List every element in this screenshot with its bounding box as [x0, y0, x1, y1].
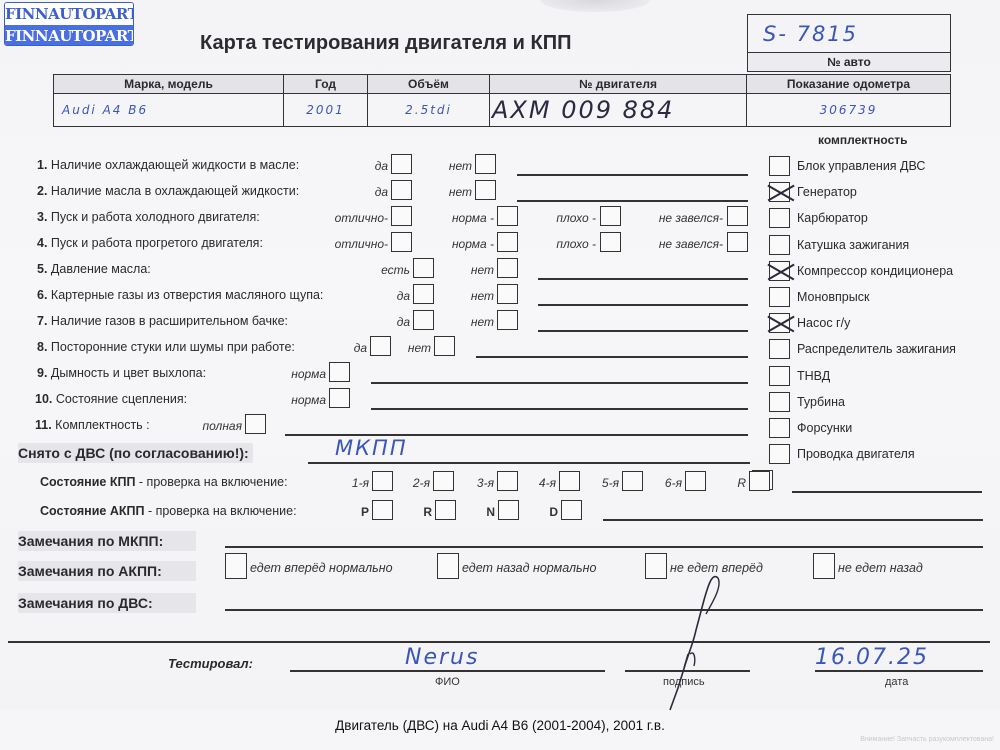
kpp-gear-label: 6-я	[665, 476, 682, 490]
question-number: 3.	[37, 210, 47, 224]
option-label: не завелся-	[659, 211, 723, 225]
kit-checkbox[interactable]	[769, 287, 790, 307]
engine-number-value: AXM 009 884	[490, 94, 747, 127]
logo: FINNAUTOPARTS FINNAUTOPARTS	[4, 2, 134, 46]
option-label: нет	[471, 315, 494, 329]
kit-item-label: Насос г/у	[797, 316, 850, 330]
question-text: Дымность и цвет выхлопа:	[51, 366, 206, 380]
signature-icon	[660, 570, 740, 720]
kit-item-label: Проводка двигателя	[797, 447, 915, 461]
question-2: 2. Наличие масла в охлаждающей жидкости:	[37, 184, 299, 198]
option-label: нет	[408, 341, 431, 355]
option-label: норма	[291, 393, 326, 407]
col-odometer: Показание одометра	[747, 75, 951, 94]
question-8: 8. Посторонние стуки или шумы при работе…	[37, 340, 295, 354]
question-text: Картерные газы из отверстия масляного щу…	[51, 288, 323, 302]
kpp-label: Состояние КПП - проверка на включение:	[40, 475, 288, 489]
removed-label: Снято с ДВС (по согласованию!):	[18, 443, 253, 463]
kpp-gear-checkbox[interactable]	[372, 471, 393, 491]
question-number: 11.	[35, 418, 52, 432]
col-volume: Объём	[368, 75, 490, 94]
question-number: 6.	[37, 288, 47, 302]
option-label: нет	[471, 289, 494, 303]
option-checkbox[interactable]	[391, 180, 412, 200]
question-text: Посторонние стуки или шумы при работе:	[51, 340, 295, 354]
kit-item-label: Турбина	[797, 395, 845, 409]
option-checkbox[interactable]	[391, 154, 412, 174]
option-label: есть	[381, 263, 410, 277]
option-checkbox[interactable]	[475, 154, 496, 174]
col-year: Год	[284, 75, 368, 94]
question-text: Пуск и работа холодного двигателя:	[51, 210, 260, 224]
remarks-akpp-label: Замечания по АКПП:	[18, 561, 196, 581]
akpp-gear-checkbox[interactable]	[498, 500, 519, 520]
option-checkbox[interactable]	[600, 206, 621, 226]
comment-line[interactable]	[476, 356, 748, 358]
remarks-dvs-label: Замечания по ДВС:	[18, 593, 196, 613]
question-7: 7. Наличие газов в расширительном бачке:	[37, 314, 288, 328]
option-checkbox[interactable]	[391, 206, 412, 226]
option-label: отлично-	[335, 211, 388, 225]
akpp-remark-checkbox[interactable]	[645, 553, 667, 579]
comment-line[interactable]	[371, 382, 748, 384]
akpp-label: Состояние АКПП - проверка на включение:	[40, 504, 297, 518]
kit-checkbox[interactable]	[769, 208, 790, 228]
question-text: Давление масла:	[51, 262, 151, 276]
kit-item-label: Компрессор кондиционера	[797, 264, 953, 278]
kit-item-label: Катушка зажигания	[797, 238, 909, 252]
option-checkbox[interactable]	[497, 206, 518, 226]
kit-item-label: Блок управления ДВС	[797, 159, 925, 173]
kpp-gear-checkbox[interactable]	[433, 471, 454, 491]
question-text: Наличие газов в расширительном бачке:	[51, 314, 288, 328]
scanned-form: FINNAUTOPARTS FINNAUTOPARTS Карта тестир…	[0, 0, 1000, 710]
option-checkbox[interactable]	[497, 310, 518, 330]
kit-item-label: Распределитель зажигания	[797, 342, 956, 356]
option-label: отлично-	[335, 237, 388, 251]
comment-line[interactable]	[538, 330, 748, 332]
col-make-model: Марка, модель	[54, 75, 284, 94]
option-label: норма	[291, 367, 326, 381]
odometer-value: 306739	[747, 94, 951, 127]
akpp-remark-checkbox[interactable]	[437, 553, 459, 579]
comment-line[interactable]	[517, 200, 748, 202]
comment-line[interactable]	[538, 278, 748, 280]
option-label: плохо -	[556, 237, 596, 251]
kit-checkbox[interactable]	[769, 339, 790, 359]
option-label: полная	[203, 419, 242, 433]
name-caption: ФИО	[435, 676, 460, 688]
comment-line[interactable]	[517, 174, 748, 176]
option-checkbox[interactable]	[600, 232, 621, 252]
vehicle-table: Марка, модель Год Объём № двигателя Пока…	[53, 74, 951, 127]
tested-label: Тестировал:	[168, 656, 253, 671]
kit-checkbox[interactable]	[769, 261, 790, 281]
question-6: 6. Картерные газы из отверстия масляного…	[37, 288, 323, 302]
remarks-mkpp-line[interactable]	[225, 546, 983, 548]
option-checkbox[interactable]	[370, 336, 391, 356]
question-text: Наличие охлаждающей жидкости в масле:	[51, 158, 299, 172]
question-9: 9. Дымность и цвет выхлопа:	[37, 366, 206, 380]
remarks-mkpp-label: Замечания по МКПП:	[18, 531, 196, 551]
question-text: Пуск и работа прогретого двигателя:	[51, 236, 263, 250]
option-checkbox[interactable]	[497, 284, 518, 304]
akpp-gear-label: D	[549, 505, 558, 519]
akpp-gear-label: R	[423, 505, 432, 519]
option-checkbox[interactable]	[497, 232, 518, 252]
akpp-gear-checkbox[interactable]	[372, 500, 393, 520]
option-label: плохо -	[556, 211, 596, 225]
kit-checkbox[interactable]	[769, 366, 790, 386]
option-label: да	[397, 315, 410, 329]
auto-number-label: № авто	[748, 53, 950, 71]
name-line	[290, 670, 605, 672]
akpp-gear-label: P	[361, 505, 369, 519]
option-label: не завелся-	[659, 237, 723, 251]
kpp-gear-checkbox[interactable]	[622, 471, 643, 491]
kit-item-label: Моновпрыск	[797, 290, 869, 304]
akpp-remark-checkbox[interactable]	[225, 553, 247, 579]
kit-checkbox[interactable]	[769, 313, 790, 333]
akpp-gear-checkbox[interactable]	[435, 500, 456, 520]
option-checkbox[interactable]	[727, 232, 748, 252]
option-label: да	[354, 341, 367, 355]
option-checkbox[interactable]	[497, 258, 518, 278]
option-label: да	[375, 185, 388, 199]
option-label: нет	[471, 263, 494, 277]
option-checkbox[interactable]	[329, 388, 350, 408]
kit-checkbox[interactable]	[769, 392, 790, 412]
question-number: 7.	[37, 314, 47, 328]
question-11: 11. Комплектность :	[35, 418, 150, 432]
akpp-remark-checkbox[interactable]	[813, 553, 835, 579]
comment-line[interactable]	[285, 434, 748, 436]
kpp-gear-label: 1-я	[352, 476, 369, 490]
option-checkbox[interactable]	[245, 414, 266, 434]
image-caption: Двигатель (ДВС) на Audi A4 B6 (2001-2004…	[0, 718, 1000, 733]
akpp-remark-label: едет вперёд нормально	[250, 561, 393, 575]
kit-checkbox[interactable]	[769, 182, 790, 202]
kit-checkbox[interactable]	[769, 235, 790, 255]
question-1: 1. Наличие охлаждающей жидкости в масле:	[37, 158, 299, 172]
kpp-gear-checkbox[interactable]	[497, 471, 518, 491]
kit-checkbox[interactable]	[769, 418, 790, 438]
kit-item-label: ТНВД	[797, 369, 830, 383]
option-checkbox[interactable]	[329, 362, 350, 382]
auto-number-box: S- 7815 № авто	[747, 14, 951, 72]
question-5: 5. Давление масла:	[37, 262, 151, 276]
removed-value[interactable]: МКПП	[335, 436, 408, 460]
kpp-gear-label: R	[737, 476, 746, 490]
logo-line-2: FINNAUTOPARTS	[5, 25, 133, 46]
question-4: 4. Пуск и работа прогретого двигателя:	[37, 236, 263, 250]
question-number: 1.	[37, 158, 47, 172]
comment-line[interactable]	[371, 408, 748, 410]
akpp-gear-checkbox[interactable]	[561, 500, 582, 520]
option-checkbox[interactable]	[391, 232, 412, 252]
kpp-gear-label: 3-я	[477, 476, 494, 490]
kpp-gear-label: 4-я	[539, 476, 556, 490]
kit-checkbox[interactable]	[769, 156, 790, 176]
option-label: норма -	[452, 237, 494, 251]
option-label: норма -	[452, 211, 494, 225]
option-label: нет	[449, 185, 472, 199]
kit-item-label: Генератор	[797, 185, 857, 199]
date-line	[815, 670, 983, 672]
option-checkbox[interactable]	[475, 180, 496, 200]
option-checkbox[interactable]	[413, 258, 434, 278]
akpp-remark-label: не едет вперёд	[670, 561, 763, 575]
question-number: 2.	[37, 184, 47, 198]
question-text: Наличие масла в охлаждающей жидкости:	[51, 184, 299, 198]
akpp-remark-label: не едет назад	[838, 561, 923, 575]
option-label: да	[375, 159, 388, 173]
auto-number: S- 7815	[748, 15, 950, 53]
option-label: нет	[449, 159, 472, 173]
question-text: Комплектность :	[55, 418, 149, 432]
kit-item-label: Карбюратор	[797, 211, 868, 225]
kit-item-label: Форсунки	[797, 421, 852, 435]
watermark: Внимание! Запчасть разукомплектована!	[860, 736, 994, 743]
option-label: да	[397, 289, 410, 303]
kit-heading: комплектность	[818, 133, 908, 147]
kpp-gear-checkbox[interactable]	[749, 471, 770, 491]
remarks-dvs-line-2	[8, 641, 990, 643]
logo-line-1: FINNAUTOPARTS	[5, 3, 133, 25]
question-number: 9.	[37, 366, 47, 380]
comment-line[interactable]	[538, 304, 748, 306]
question-3: 3. Пуск и работа холодного двигателя:	[37, 210, 260, 224]
question-number: 5.	[37, 262, 47, 276]
paper-clip-shadow	[540, 0, 650, 12]
tester-name[interactable]: Nerus	[405, 645, 479, 670]
question-number: 4.	[37, 236, 47, 250]
test-date[interactable]: 16.07.25	[815, 645, 929, 670]
kpp-gear-label: 5-я	[602, 476, 619, 490]
question-10: 10. Состояние сцепления:	[35, 392, 187, 406]
option-checkbox[interactable]	[727, 206, 748, 226]
col-engine-number: № двигателя	[490, 75, 747, 94]
question-number: 10.	[35, 392, 52, 406]
kpp-gear-label: 2-я	[413, 476, 430, 490]
akpp-gear-label: N	[486, 505, 495, 519]
option-checkbox[interactable]	[413, 284, 434, 304]
question-number: 8.	[37, 340, 47, 354]
removed-line	[308, 462, 750, 464]
remarks-dvs-line[interactable]	[225, 609, 983, 611]
kpp-gear-checkbox[interactable]	[559, 471, 580, 491]
question-text: Состояние сцепления:	[56, 392, 187, 406]
option-checkbox[interactable]	[413, 310, 434, 330]
kpp-gear-checkbox[interactable]	[685, 471, 706, 491]
make-model-value: Audi A4 B6	[54, 94, 284, 127]
kit-checkbox[interactable]	[769, 444, 790, 464]
form-title: Карта тестирования двигателя и КПП	[200, 32, 571, 55]
kpp-line	[792, 491, 982, 493]
volume-value: 2.5tdi	[368, 94, 490, 127]
date-caption: дата	[885, 676, 908, 688]
akpp-line	[603, 519, 983, 521]
option-checkbox[interactable]	[434, 336, 455, 356]
year-value: 2001	[284, 94, 368, 127]
akpp-remark-label: едет назад нормально	[462, 561, 596, 575]
